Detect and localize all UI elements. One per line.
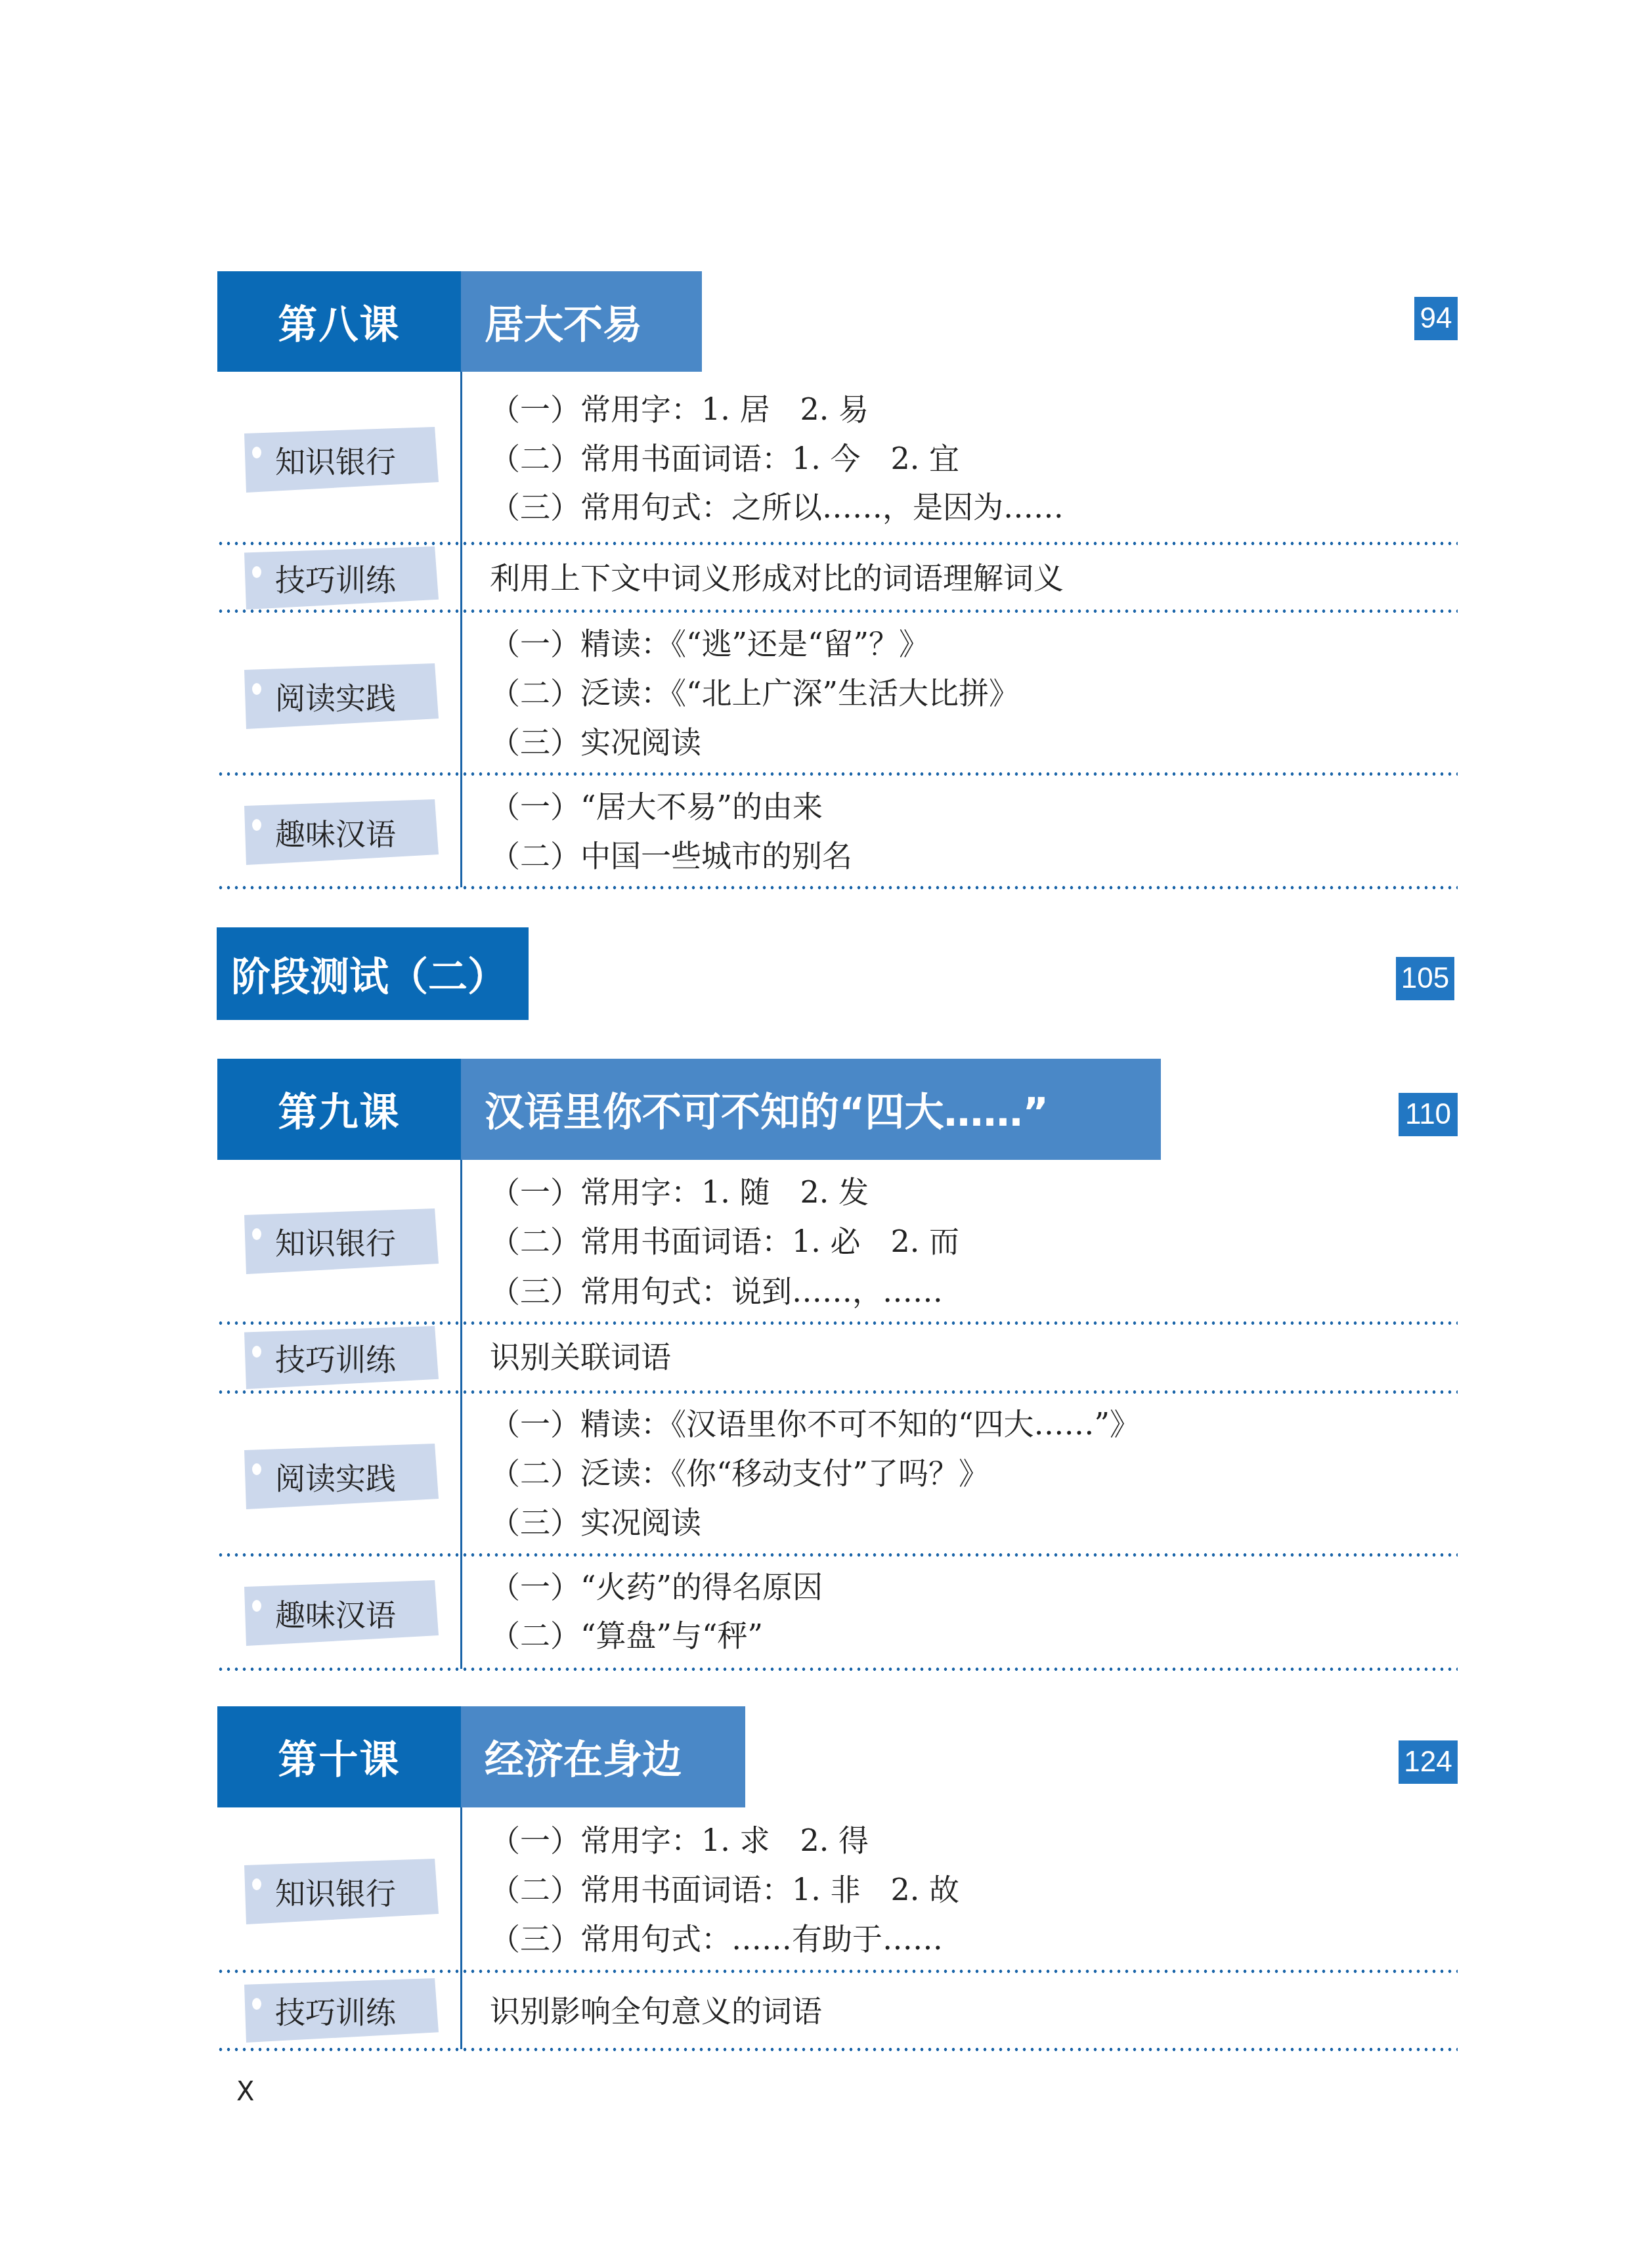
dotted-separator	[217, 772, 1458, 776]
toc-entry[interactable]: （二）常用书面词语：1. 今 2. 宜	[490, 440, 959, 477]
toc-entry[interactable]: （三）常用句式：说到……，……	[490, 1273, 943, 1310]
tag-label: 趣味汉语	[275, 810, 396, 854]
toc-entry[interactable]: （二）泛读：《你“移动支付”了吗？》	[490, 1455, 989, 1492]
section-tag-skill: 技巧训练	[244, 1326, 439, 1389]
tag-label: 阅读实践	[275, 1455, 396, 1498]
tag-label: 趣味汉语	[275, 1591, 396, 1635]
tag-label: 技巧训练	[275, 1989, 396, 2032]
lesson-title[interactable]: 汉语里你不可不知的“四大……”	[461, 1059, 1161, 1160]
toc-entry[interactable]: （一）“居大不易”的由来	[490, 788, 823, 825]
dotted-separator	[217, 1321, 1458, 1325]
toc-entry[interactable]: （三）实况阅读	[490, 1504, 701, 1541]
lesson-title[interactable]: 居大不易	[461, 271, 702, 372]
page-number-badge[interactable]: 105	[1396, 957, 1454, 1000]
page-number-badge[interactable]: 94	[1414, 297, 1458, 340]
toc-entry[interactable]: （三）实况阅读	[490, 724, 701, 761]
section-tag-knowledge: 知识银行	[244, 1208, 439, 1274]
tag-hole-icon	[252, 1346, 261, 1358]
dotted-separator	[217, 2048, 1458, 2051]
toc-entry[interactable]: （一）常用字：1. 随 2. 发	[490, 1174, 869, 1210]
lesson-number: 第八课	[217, 271, 461, 372]
tag-label: 知识银行	[275, 438, 396, 481]
toc-entry[interactable]: 识别关联词语	[490, 1339, 671, 1375]
lesson-number: 第九课	[217, 1059, 461, 1160]
tag-label: 技巧训练	[275, 1336, 396, 1379]
toc-entry[interactable]: 利用上下文中词义形成对比的词语理解词义	[490, 560, 1064, 596]
tag-hole-icon	[252, 1878, 261, 1890]
page-footer-number: X	[236, 2077, 254, 2107]
dotted-separator	[217, 609, 1458, 613]
toc-entry[interactable]: 识别影响全句意义的词语	[490, 1993, 822, 2029]
page-number-badge[interactable]: 124	[1399, 1740, 1458, 1784]
tag-hole-icon	[252, 1463, 261, 1475]
toc-entry[interactable]: （二）中国一些城市的别名	[490, 837, 852, 874]
section-tag-skill: 技巧训练	[244, 1978, 439, 2043]
tag-label: 阅读实践	[275, 675, 396, 718]
dotted-separator	[217, 886, 1458, 889]
section-tag-reading: 阅读实践	[244, 663, 439, 729]
dotted-separator	[217, 1668, 1458, 1671]
toc-entry[interactable]: （二）“算盘”与“秤”	[490, 1617, 763, 1654]
section-tag-reading: 阅读实践	[244, 1444, 439, 1509]
tag-label: 知识银行	[275, 1220, 396, 1263]
lesson-number: 第十课	[217, 1706, 461, 1807]
section-tag-fun: 趣味汉语	[244, 1580, 439, 1646]
toc-entry[interactable]: （一）精读：《“逃”还是“留”？》	[490, 625, 929, 662]
toc-entry[interactable]: （一）常用字：1. 求 2. 得	[490, 1822, 869, 1859]
tag-hole-icon	[252, 1228, 261, 1240]
section-tag-knowledge: 知识银行	[244, 427, 439, 493]
section-tag-fun: 趣味汉语	[244, 799, 439, 865]
lesson-title[interactable]: 经济在身边	[461, 1706, 745, 1807]
column-divider	[460, 372, 462, 887]
toc-entry[interactable]: （三）常用句式：……有助于……	[490, 1920, 943, 1957]
toc-entry[interactable]: （一）“火药”的得名原因	[490, 1568, 823, 1605]
column-divider	[460, 1807, 462, 2049]
tag-hole-icon	[252, 1600, 261, 1612]
test-title[interactable]: 阶段测试（二）	[217, 927, 529, 1020]
dotted-separator	[217, 542, 1458, 545]
section-tag-skill: 技巧训练	[244, 546, 439, 609]
toc-entry[interactable]: （二）泛读：《“北上广深”生活大比拼》	[490, 675, 1019, 711]
toc-entry[interactable]: （一）精读：《汉语里你不可不知的“四大……”》	[490, 1406, 1140, 1442]
tag-label: 技巧训练	[275, 556, 396, 600]
tag-hole-icon	[252, 566, 261, 578]
tag-hole-icon	[252, 683, 261, 695]
page-number-badge[interactable]: 110	[1399, 1093, 1458, 1136]
section-tag-knowledge: 知识银行	[244, 1859, 439, 1924]
tag-hole-icon	[252, 1998, 261, 2010]
column-divider	[460, 1160, 462, 1669]
toc-entry[interactable]: （一）常用字：1. 居 2. 易	[490, 391, 869, 428]
dotted-separator	[217, 1970, 1458, 1973]
toc-entry[interactable]: （二）常用书面词语：1. 非 2. 故	[490, 1871, 959, 1908]
tag-hole-icon	[252, 819, 261, 831]
toc-entry[interactable]: （三）常用句式：之所以……，是因为……	[490, 489, 1064, 525]
dotted-separator	[217, 1553, 1458, 1557]
tag-hole-icon	[252, 447, 261, 458]
dotted-separator	[217, 1390, 1458, 1394]
tag-label: 知识银行	[275, 1870, 396, 1913]
toc-entry[interactable]: （二）常用书面词语：1. 必 2. 而	[490, 1223, 959, 1260]
